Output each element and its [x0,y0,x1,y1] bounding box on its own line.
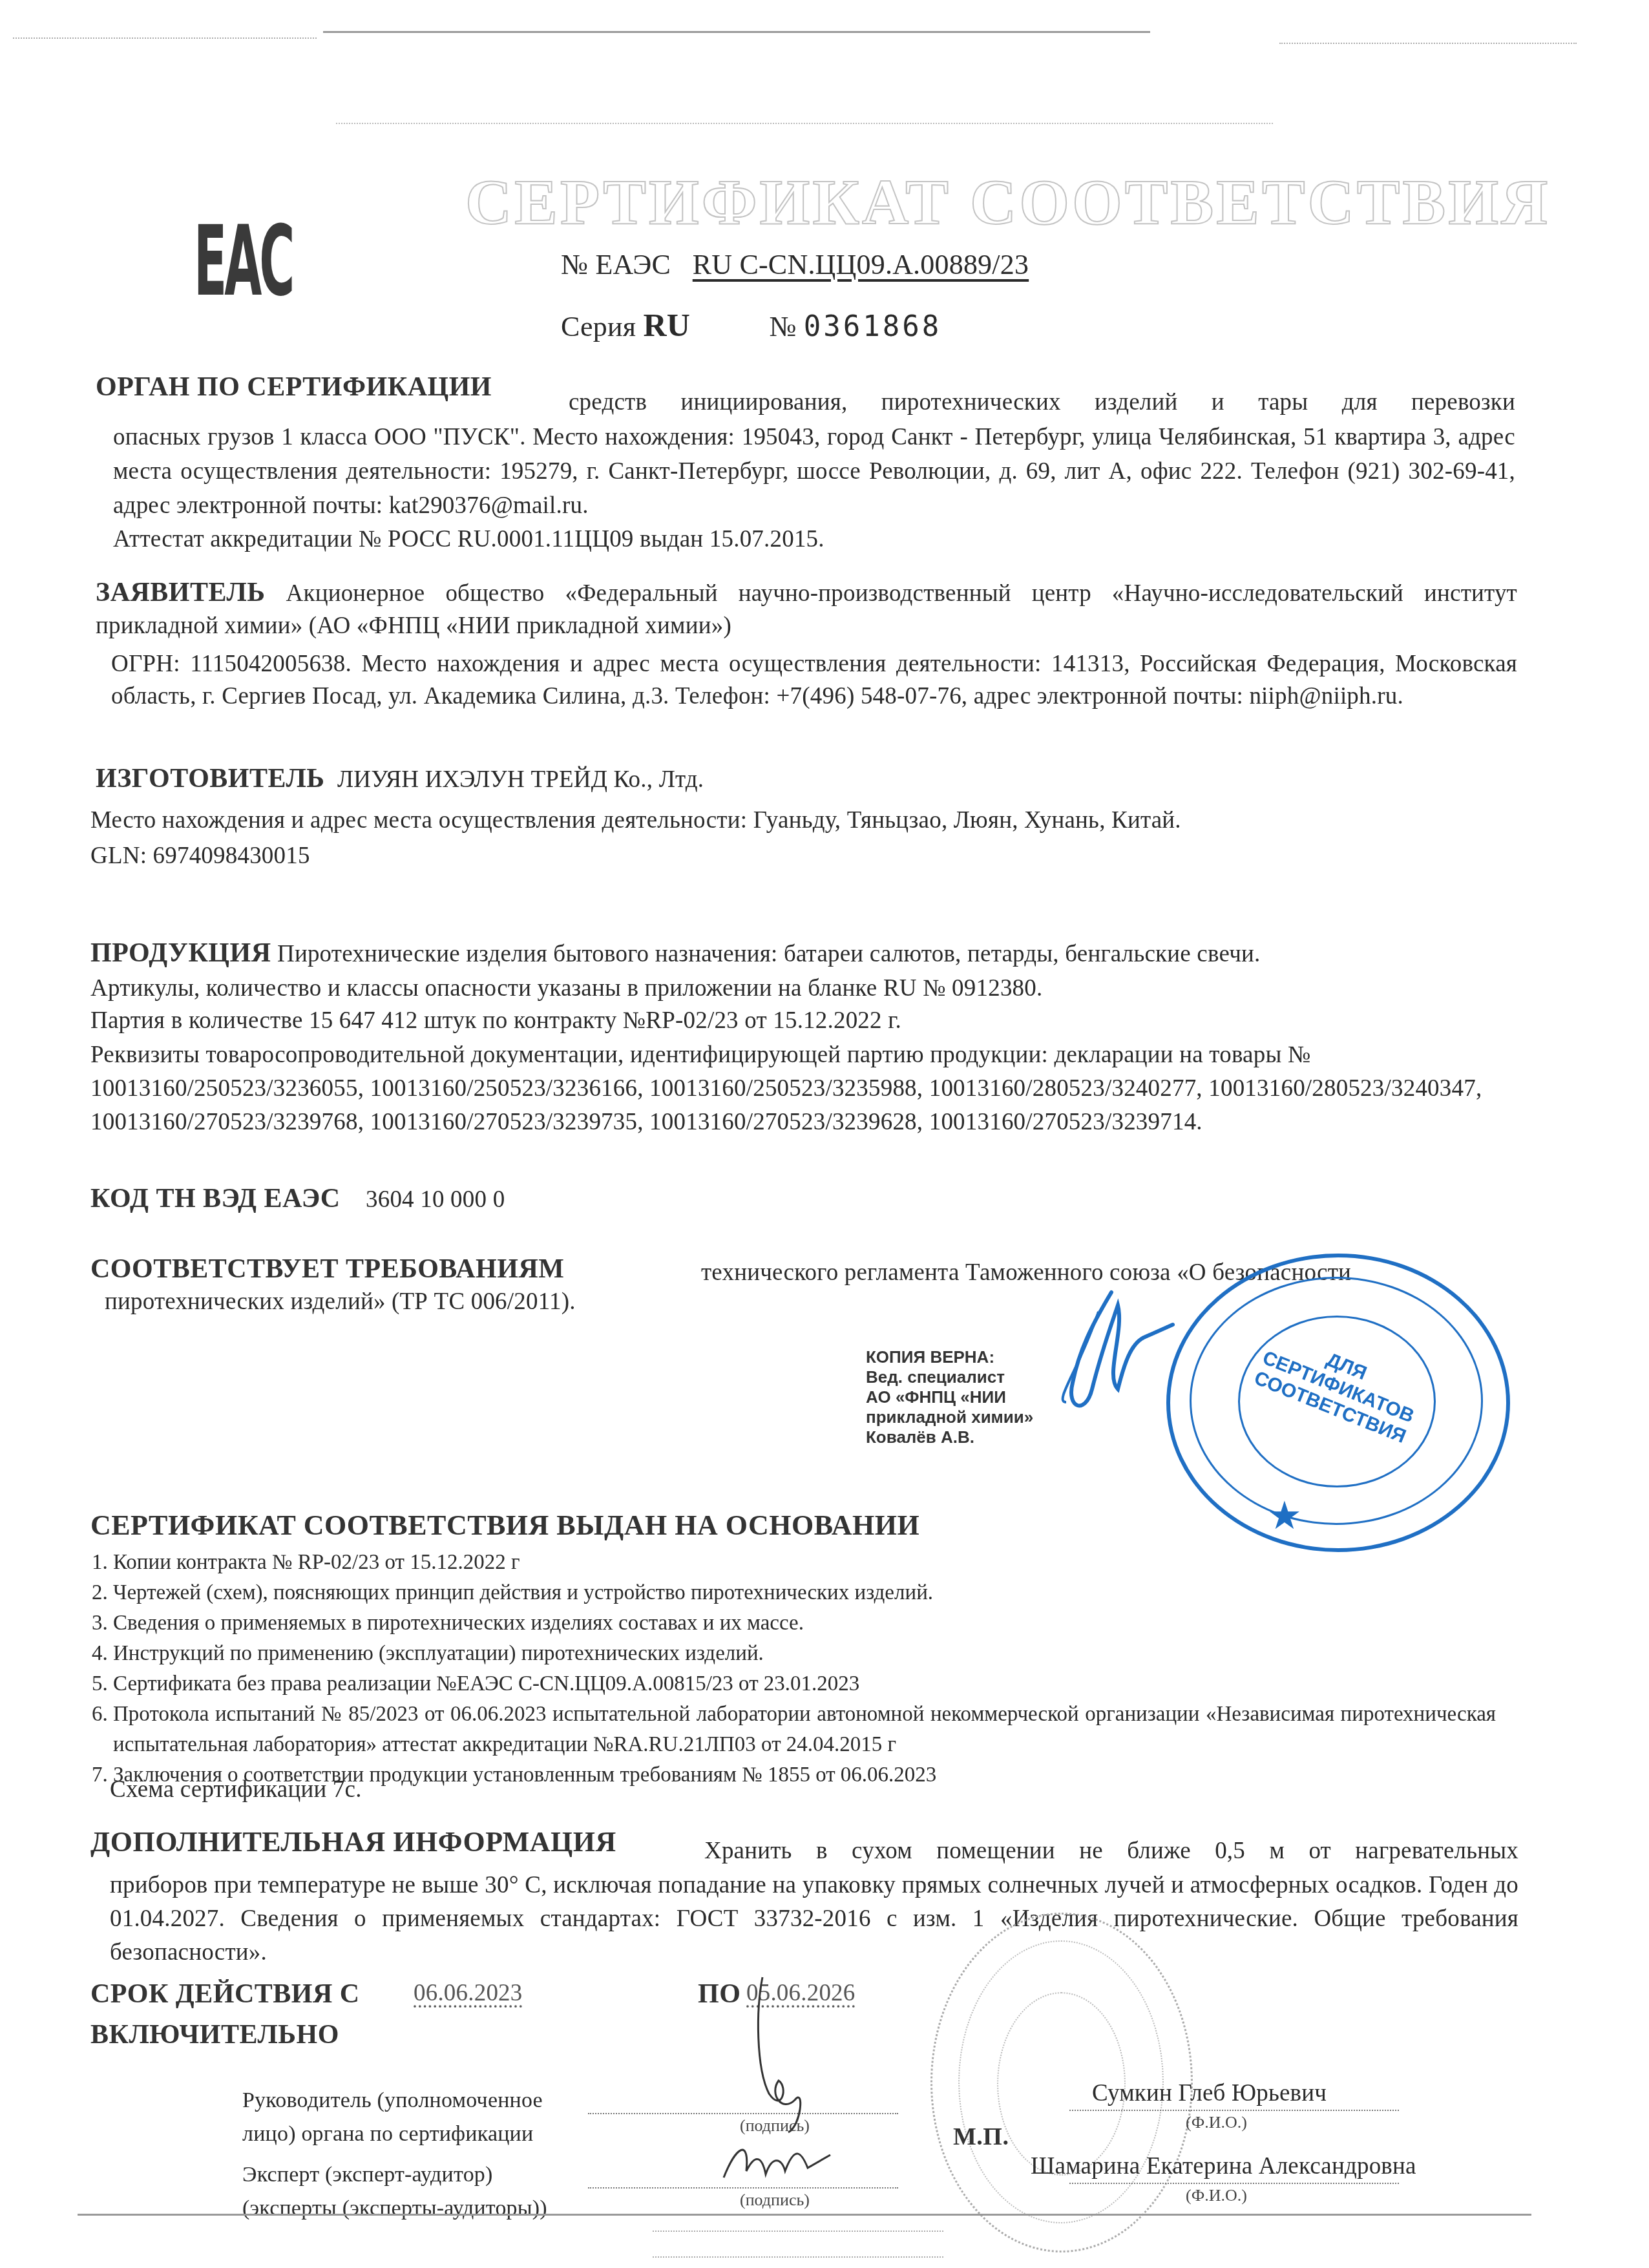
head-name: Сумкин Глеб Юрьевич [1092,2077,1327,2110]
conformity-line2: пиротехнических изделий» (ТР ТС 006/2011… [105,1286,576,1318]
footer-line-2 [653,2231,943,2232]
blank-number: 0361868 [804,310,941,343]
head-handwritten-signature [743,1971,821,2139]
product-label: ПРОДУКЦИЯ [90,938,271,968]
head-name-line [1069,2110,1399,2111]
additional-info-line1: Хранить в сухом помещении не ближе 0,5 м… [704,1835,1518,1867]
expert-handwritten-signature [711,2132,840,2190]
certification-body-label: ОРГАН ПО СЕРТИФИКАЦИИ [96,372,492,403]
validity-to-label: ПО [698,1979,740,2010]
manufacturer-address: Место нахождения и адрес места осуществл… [90,804,1181,837]
head-signatory-label: Руководитель (уполномоченное лицо) орган… [242,2084,543,2151]
basis-item: Сведения о применяемых в пиротехнических… [113,1608,1535,1639]
head-name-caption: (Ф.И.О.) [1186,2113,1247,2132]
basis-item: Сертификата без права реализации №ЕАЭС C… [113,1669,1535,1699]
star-icon: ★ [1267,1493,1302,1538]
tn-ved-label: КОД ТН ВЭД ЕАЭС [90,1184,341,1213]
expert-signature-line [588,2187,898,2189]
validity-from: 06.06.2023 [414,1977,575,2010]
certificate-number: № ЕАЭС RU C-CN.ЦЦ09.А.00889/23 [561,249,1029,281]
top-ornament-line-4 [336,123,1273,124]
series-value: RU [643,307,690,343]
product-articles: Артикулы, количество и классы опасности … [90,972,1042,1005]
basis-item: Инструкций по применению (эксплуатации) … [113,1639,1535,1669]
copy-line: АО «ФНПЦ «НИИ [866,1387,1033,1407]
certification-body-line1: средств инициирования, пиротехнических и… [569,386,1515,419]
manufacturer-gln: GLN: 6974098430015 [90,840,310,872]
basis-list: Копии контракта № RP-02/23 от 15.12.2022… [68,1548,1535,1790]
product-batch: Партия в количестве 15 647 412 штук по к… [90,1005,901,1037]
seal-label: М.П. [953,2123,1009,2151]
eac-logo: EAC [194,205,292,318]
product-text: Пиротехнические изделия бытового назначе… [277,941,1260,967]
top-ornament-line [323,31,1150,33]
manufacturer-name: ЛИУЯН ИХЭЛУН ТРЕЙД Ко., Лтд. [337,766,704,793]
top-ornament-line-2 [13,37,317,39]
expert-name-caption: (Ф.И.О.) [1186,2186,1247,2205]
certification-body-text: опасных грузов 1 класса ООО "ПУСК". Мест… [113,420,1515,523]
blue-signature [1014,1286,1182,1428]
applicant-name: Акционерное общество «Федеральный научно… [96,580,1517,639]
series-label: Серия [561,311,636,342]
manufacturer-block: ИЗГОТОВИТЕЛЬ ЛИУЯН ИХЭЛУН ТРЕЙД Ко., Лтд… [96,762,704,796]
tn-ved-code: 3604 10 000 0 [366,1186,505,1213]
copy-certification-note: КОПИЯ ВЕРНА: Вед. специалист АО «ФНПЦ «Н… [866,1347,1033,1447]
basis-item: Протокола испытаний № 85/2023 от 06.06.2… [113,1699,1535,1760]
basis-item: Копии контракта № RP-02/23 от 15.12.2022… [113,1548,1535,1578]
top-ornament-line-3 [1279,43,1577,44]
validity-from-label: СРОК ДЕЙСТВИЯ С [90,1979,360,2010]
blank-number-label: № [769,311,796,342]
number-label: № ЕАЭС [561,249,671,280]
validity-inclusive: ВКЛЮЧИТЕЛЬНО [90,2019,339,2050]
tn-ved-row: КОД ТН ВЭД ЕАЭС 3604 10 000 0 [90,1182,505,1216]
certification-scheme: Схема сертификации 7с. [110,1774,362,1806]
applicant-block: ЗАЯВИТЕЛЬ Акционерное общество «Федераль… [96,576,1517,642]
additional-info-text: приборов при температуре не выше 30° С, … [110,1869,1518,1969]
applicant-label: ЗАЯВИТЕЛЬ [96,578,266,607]
round-stamp: ДЛЯ СЕРТИФИКАТОВ СООТВЕТСТВИЯ ★ [1166,1254,1510,1552]
conformity-label: СООТВЕТСТВУЕТ ТРЕБОВАНИЯМ [90,1254,564,1285]
document-title: СЕРТИФИКАТ СООТВЕТСТВИЯ [465,165,1550,239]
product-block: ПРОДУКЦИЯ Пиротехнические изделия бытово… [90,937,1518,971]
footer-line [78,2214,1531,2216]
accreditation-text: Аттестат аккредитации № РОСС RU.0001.11Ц… [113,523,824,556]
product-docs: Реквизиты товаросопроводительной докумен… [90,1038,1525,1139]
basis-label: СЕРТИФИКАТ СООТВЕТСТВИЯ ВЫДАН НА ОСНОВАН… [90,1509,919,1542]
copy-line: Вед. специалист [866,1367,1033,1387]
number-value: RU C-CN.ЦЦ09.А.00889/23 [693,249,1029,280]
manufacturer-label: ИЗГОТОВИТЕЛЬ [96,764,325,793]
copy-line: Ковалёв А.В. [866,1427,1033,1447]
expert-name: Шамарина Екатерина Александровна [1031,2150,1416,2183]
expert-signature-caption: (подпись) [740,2190,810,2210]
footer-line-3 [653,2256,943,2258]
copy-line: КОПИЯ ВЕРНА: [866,1347,1033,1367]
basis-item: Чертежей (схем), поясняющих принцип дейс… [113,1578,1535,1608]
copy-line: прикладной химии» [866,1407,1033,1427]
applicant-details: ОГРН: 1115042005638. Место нахождения и … [111,648,1517,713]
expert-name-line [1069,2183,1399,2184]
series-row: Серия RU № 0361868 [561,309,941,343]
additional-info-label: ДОПОЛНИТЕЛЬНАЯ ИНФОРМАЦИЯ [90,1825,616,1858]
